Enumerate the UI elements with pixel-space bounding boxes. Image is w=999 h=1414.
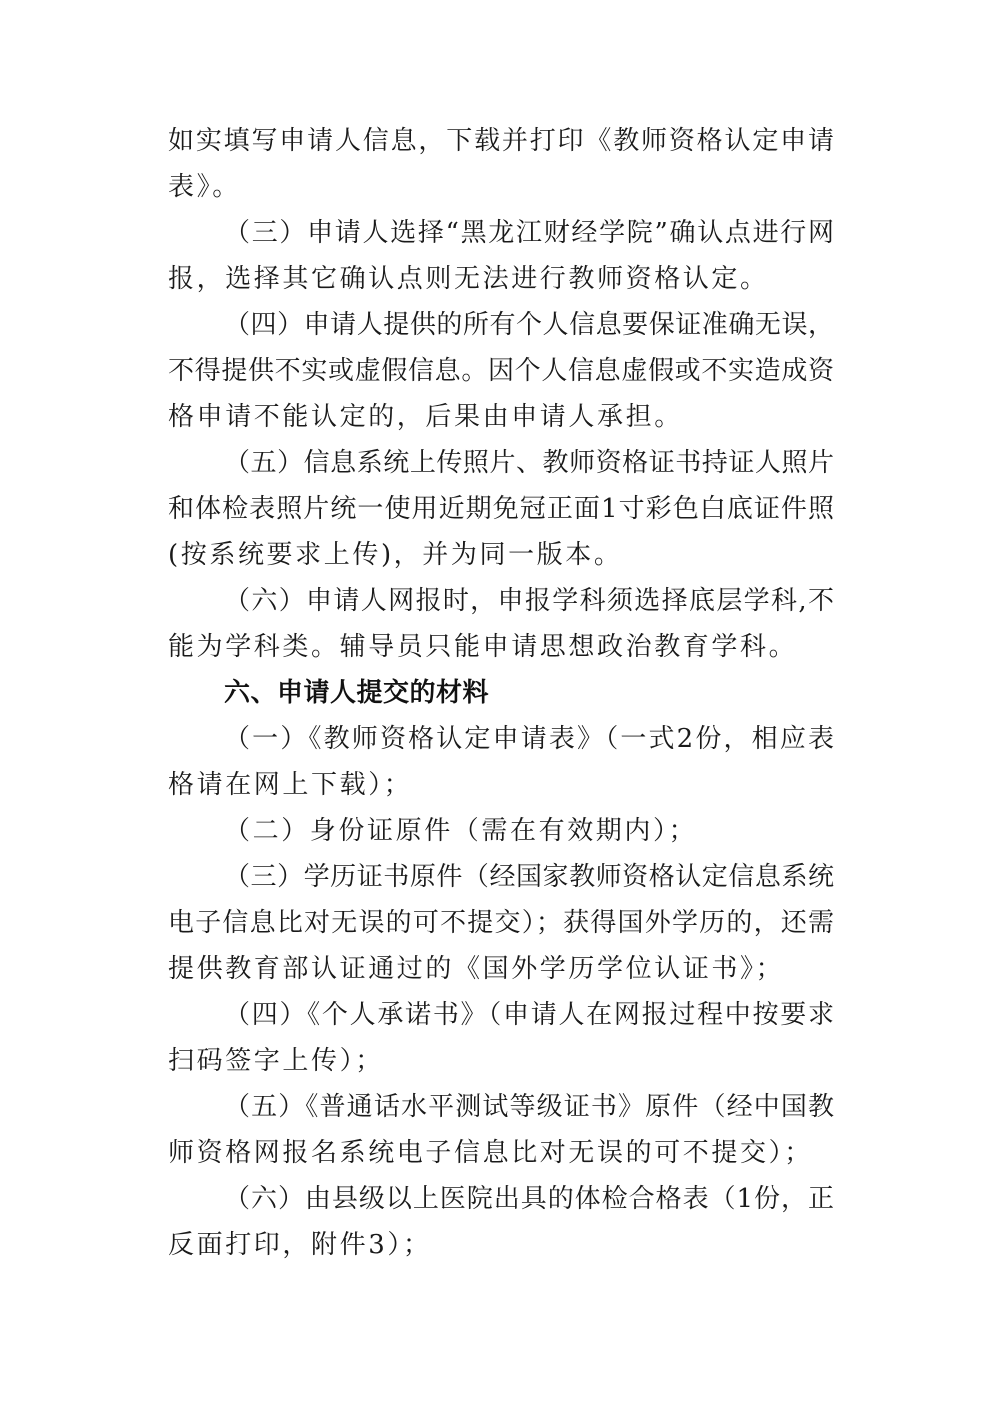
paragraph-line: 报，选择其它确认点则无法进行教师资格认定。 [168,262,769,296]
paragraph-line: （二）身份证原件（需在有效期内）； [224,814,697,848]
paragraph-line: (按系统要求上传)，并为同一版本。 [168,538,623,572]
paragraph-line: （六）申请人网报时，申报学科须选择底层学科,不 [224,584,834,618]
paragraph-line: 提供教育部认证通过的《国外学历学位认证书》； [168,952,784,986]
paragraph-line: （六）由县级以上医院出具的体检合格表（1份，正 [224,1182,834,1216]
paragraph-line: （四）《个人承诺书》（申请人在网报过程中按要求 [224,998,834,1032]
paragraph-line: （五）《普通话水平测试等级证书》原件（经中国教 [224,1090,834,1124]
paragraph-line: 不得提供不实或虚假信息。因个人信息虚假或不实造成资 [168,354,834,388]
paragraph-line: 能为学科类。辅导员只能申请思想政治教育学科。 [168,630,797,664]
section-heading: 六、申请人提交的材料 [224,676,489,710]
paragraph-line: 电子信息比对无误的可不提交）；获得国外学历的，还需 [168,906,834,940]
paragraph-line: 表》。 [168,170,241,204]
paragraph-line: （五）信息系统上传照片、教师资格证书持证人照片 [224,446,834,480]
paragraph-line: 格申请不能认定的，后果由申请人承担。 [168,400,683,434]
paragraph-line: （一）《教师资格认定申请表》（一式2份，相应表 [224,722,834,756]
paragraph-line: 师资格网报名系统电子信息比对无误的可不提交）； [168,1136,813,1170]
paragraph-line: 和体检表照片统一使用近期免冠正面1寸彩色白底证件照 [168,492,834,526]
paragraph-line: 格请在网上下载）； [168,768,412,802]
paragraph-line: （四）申请人提供的所有个人信息要保证准确无误， [224,308,834,342]
paragraph-line: （三）申请人选择“黑龙江财经学院”确认点进行网 [224,216,834,250]
paragraph-line: 如实填写申请人信息，下载并打印《教师资格认定申请 [168,124,834,158]
paragraph-line: （三）学历证书原件（经国家教师资格认定信息系统 [224,860,834,894]
paragraph-line: 反面打印，附件3）； [168,1228,432,1262]
paragraph-line: 扫码签字上传）； [168,1044,384,1078]
